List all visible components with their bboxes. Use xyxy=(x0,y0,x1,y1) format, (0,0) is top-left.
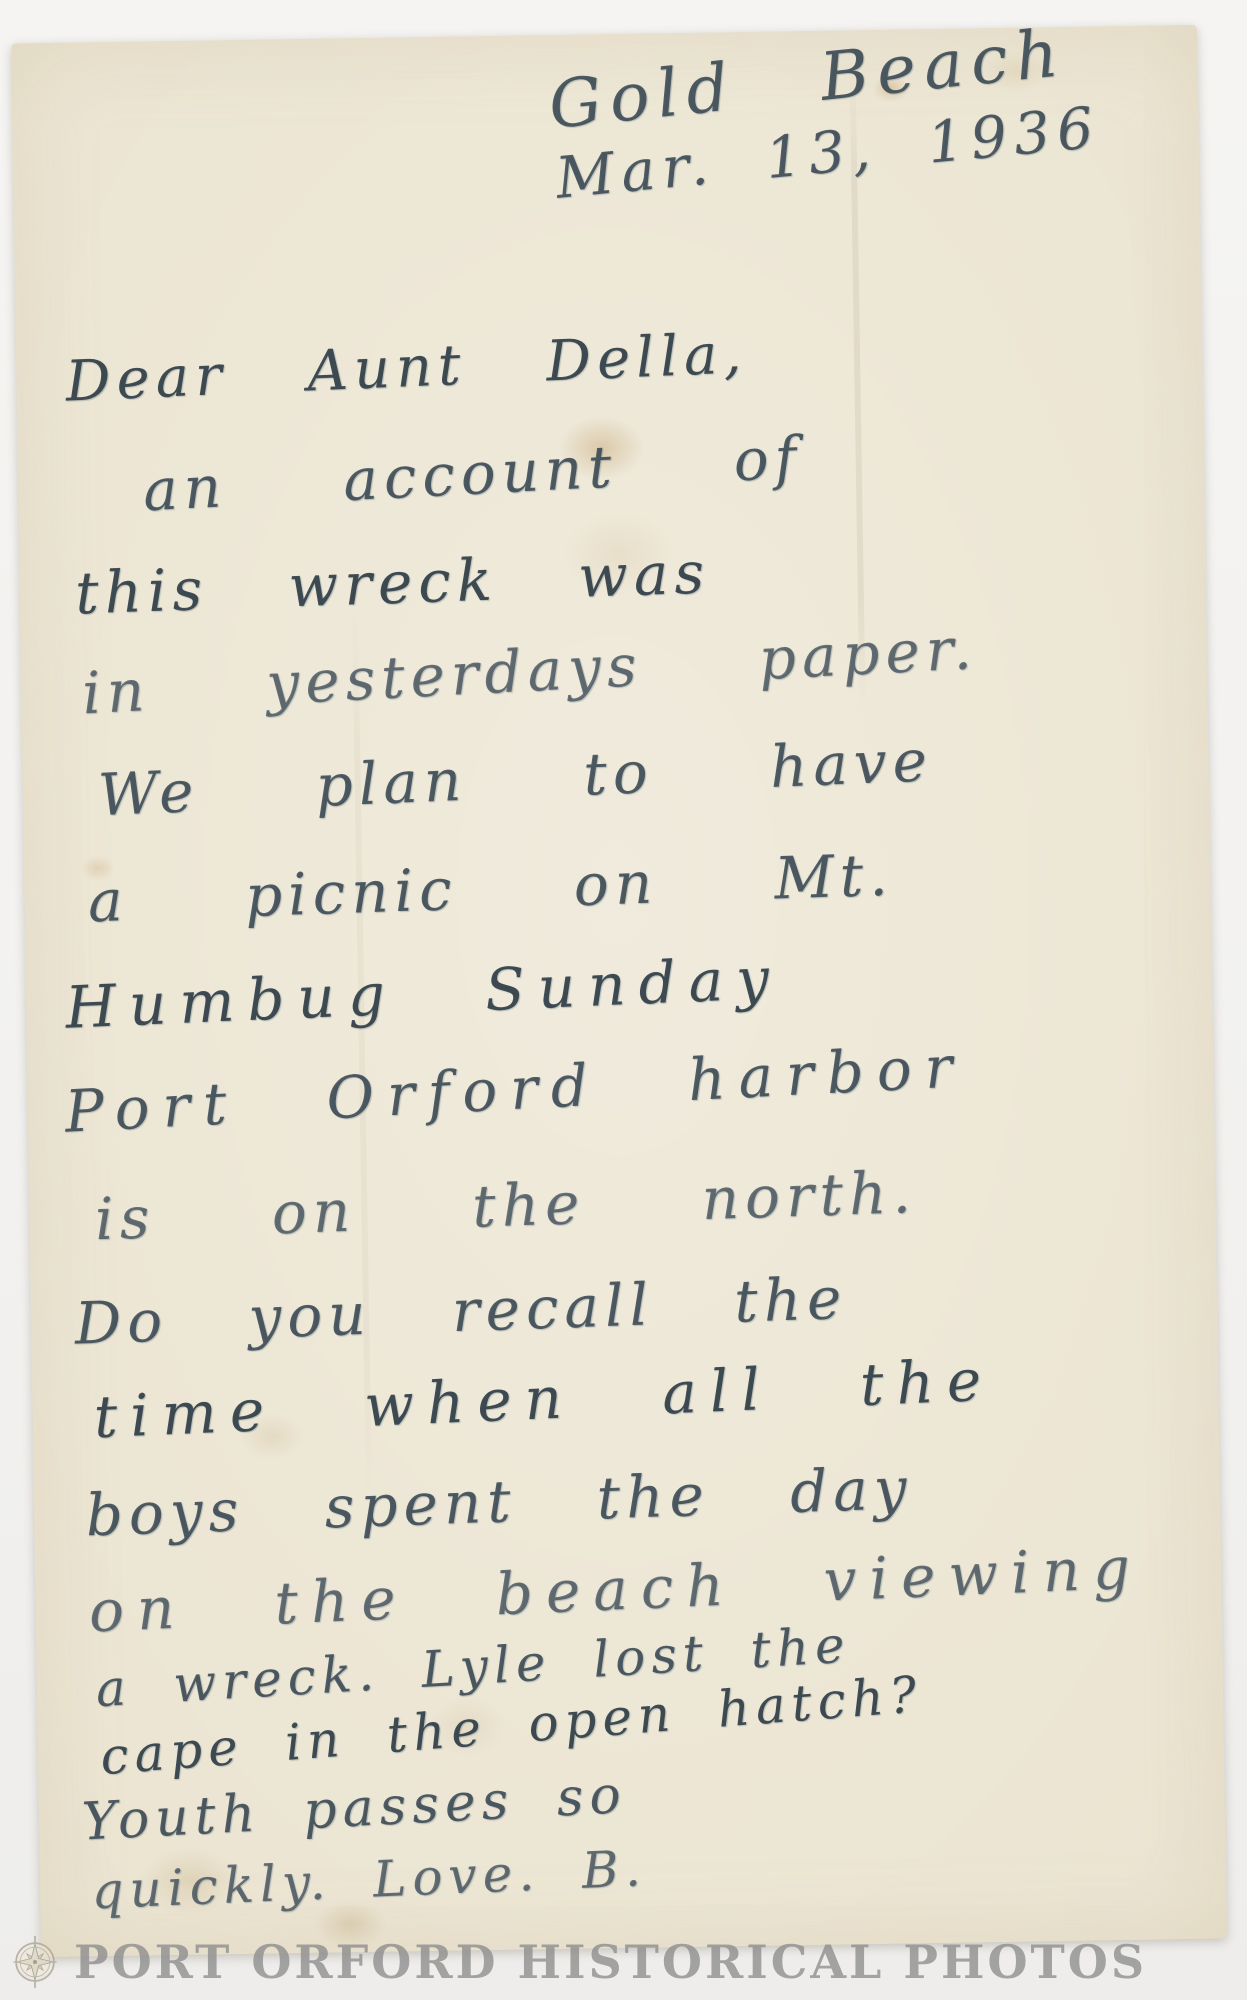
handwritten-signature-line: quickly. Love. B. xyxy=(90,1843,647,1916)
handwritten-line: on the beach viewing xyxy=(88,1538,1144,1640)
handwritten-line: Port Orford harbor xyxy=(63,1037,966,1141)
handwritten-line: boys spent the day xyxy=(85,1459,914,1544)
handwritten-line: is on the north. xyxy=(94,1163,917,1248)
handwritten-line: We plan to have xyxy=(97,731,934,824)
letter-paper: Gold Beach Mar. 13, 1936 Dear Aunt Della… xyxy=(11,25,1227,1957)
handwritten-line: Do you recall the xyxy=(74,1269,848,1353)
handwritten-line: a picnic on Mt. xyxy=(87,846,894,931)
handwritten-line: an account of xyxy=(142,428,804,519)
paper-crease xyxy=(352,598,372,1498)
scanned-letter-photo: Gold Beach Mar. 13, 1936 Dear Aunt Della… xyxy=(0,0,1247,2000)
letter-salutation: Dear Aunt Della, xyxy=(64,326,748,411)
handwritten-line: Humbug Sunday xyxy=(64,949,783,1037)
handwritten-line: in yesterdays paper. xyxy=(81,619,979,722)
handwritten-line: time when all the xyxy=(93,1351,995,1447)
handwritten-line: this wreck was xyxy=(74,543,711,622)
